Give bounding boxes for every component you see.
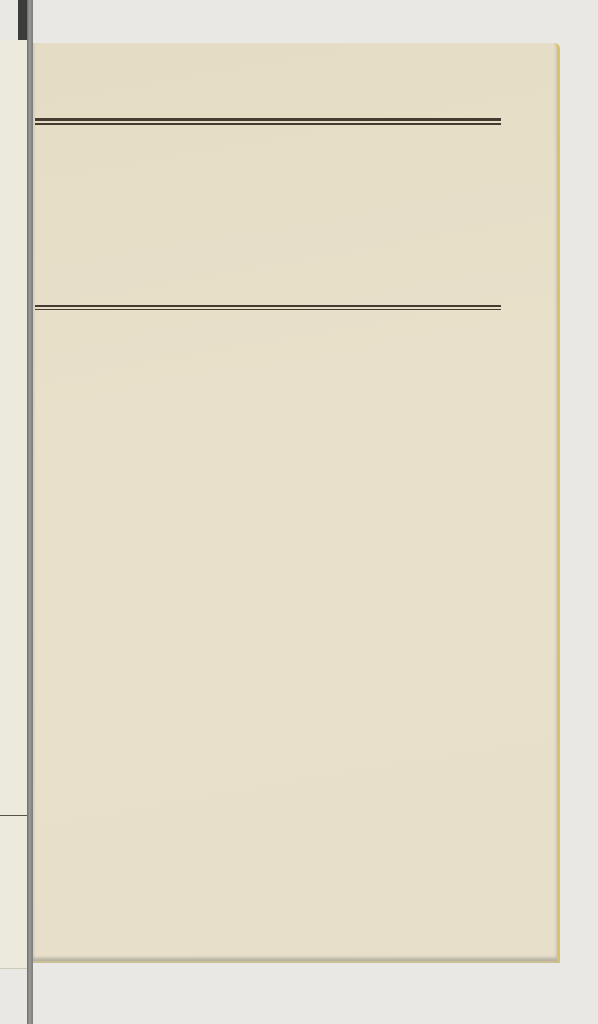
left-page-rule <box>0 815 28 816</box>
book-spine-top <box>18 0 27 40</box>
document-page <box>33 43 560 963</box>
section-double-rule <box>35 305 501 310</box>
header-double-rule <box>35 118 501 125</box>
left-page-fragment <box>0 40 28 969</box>
